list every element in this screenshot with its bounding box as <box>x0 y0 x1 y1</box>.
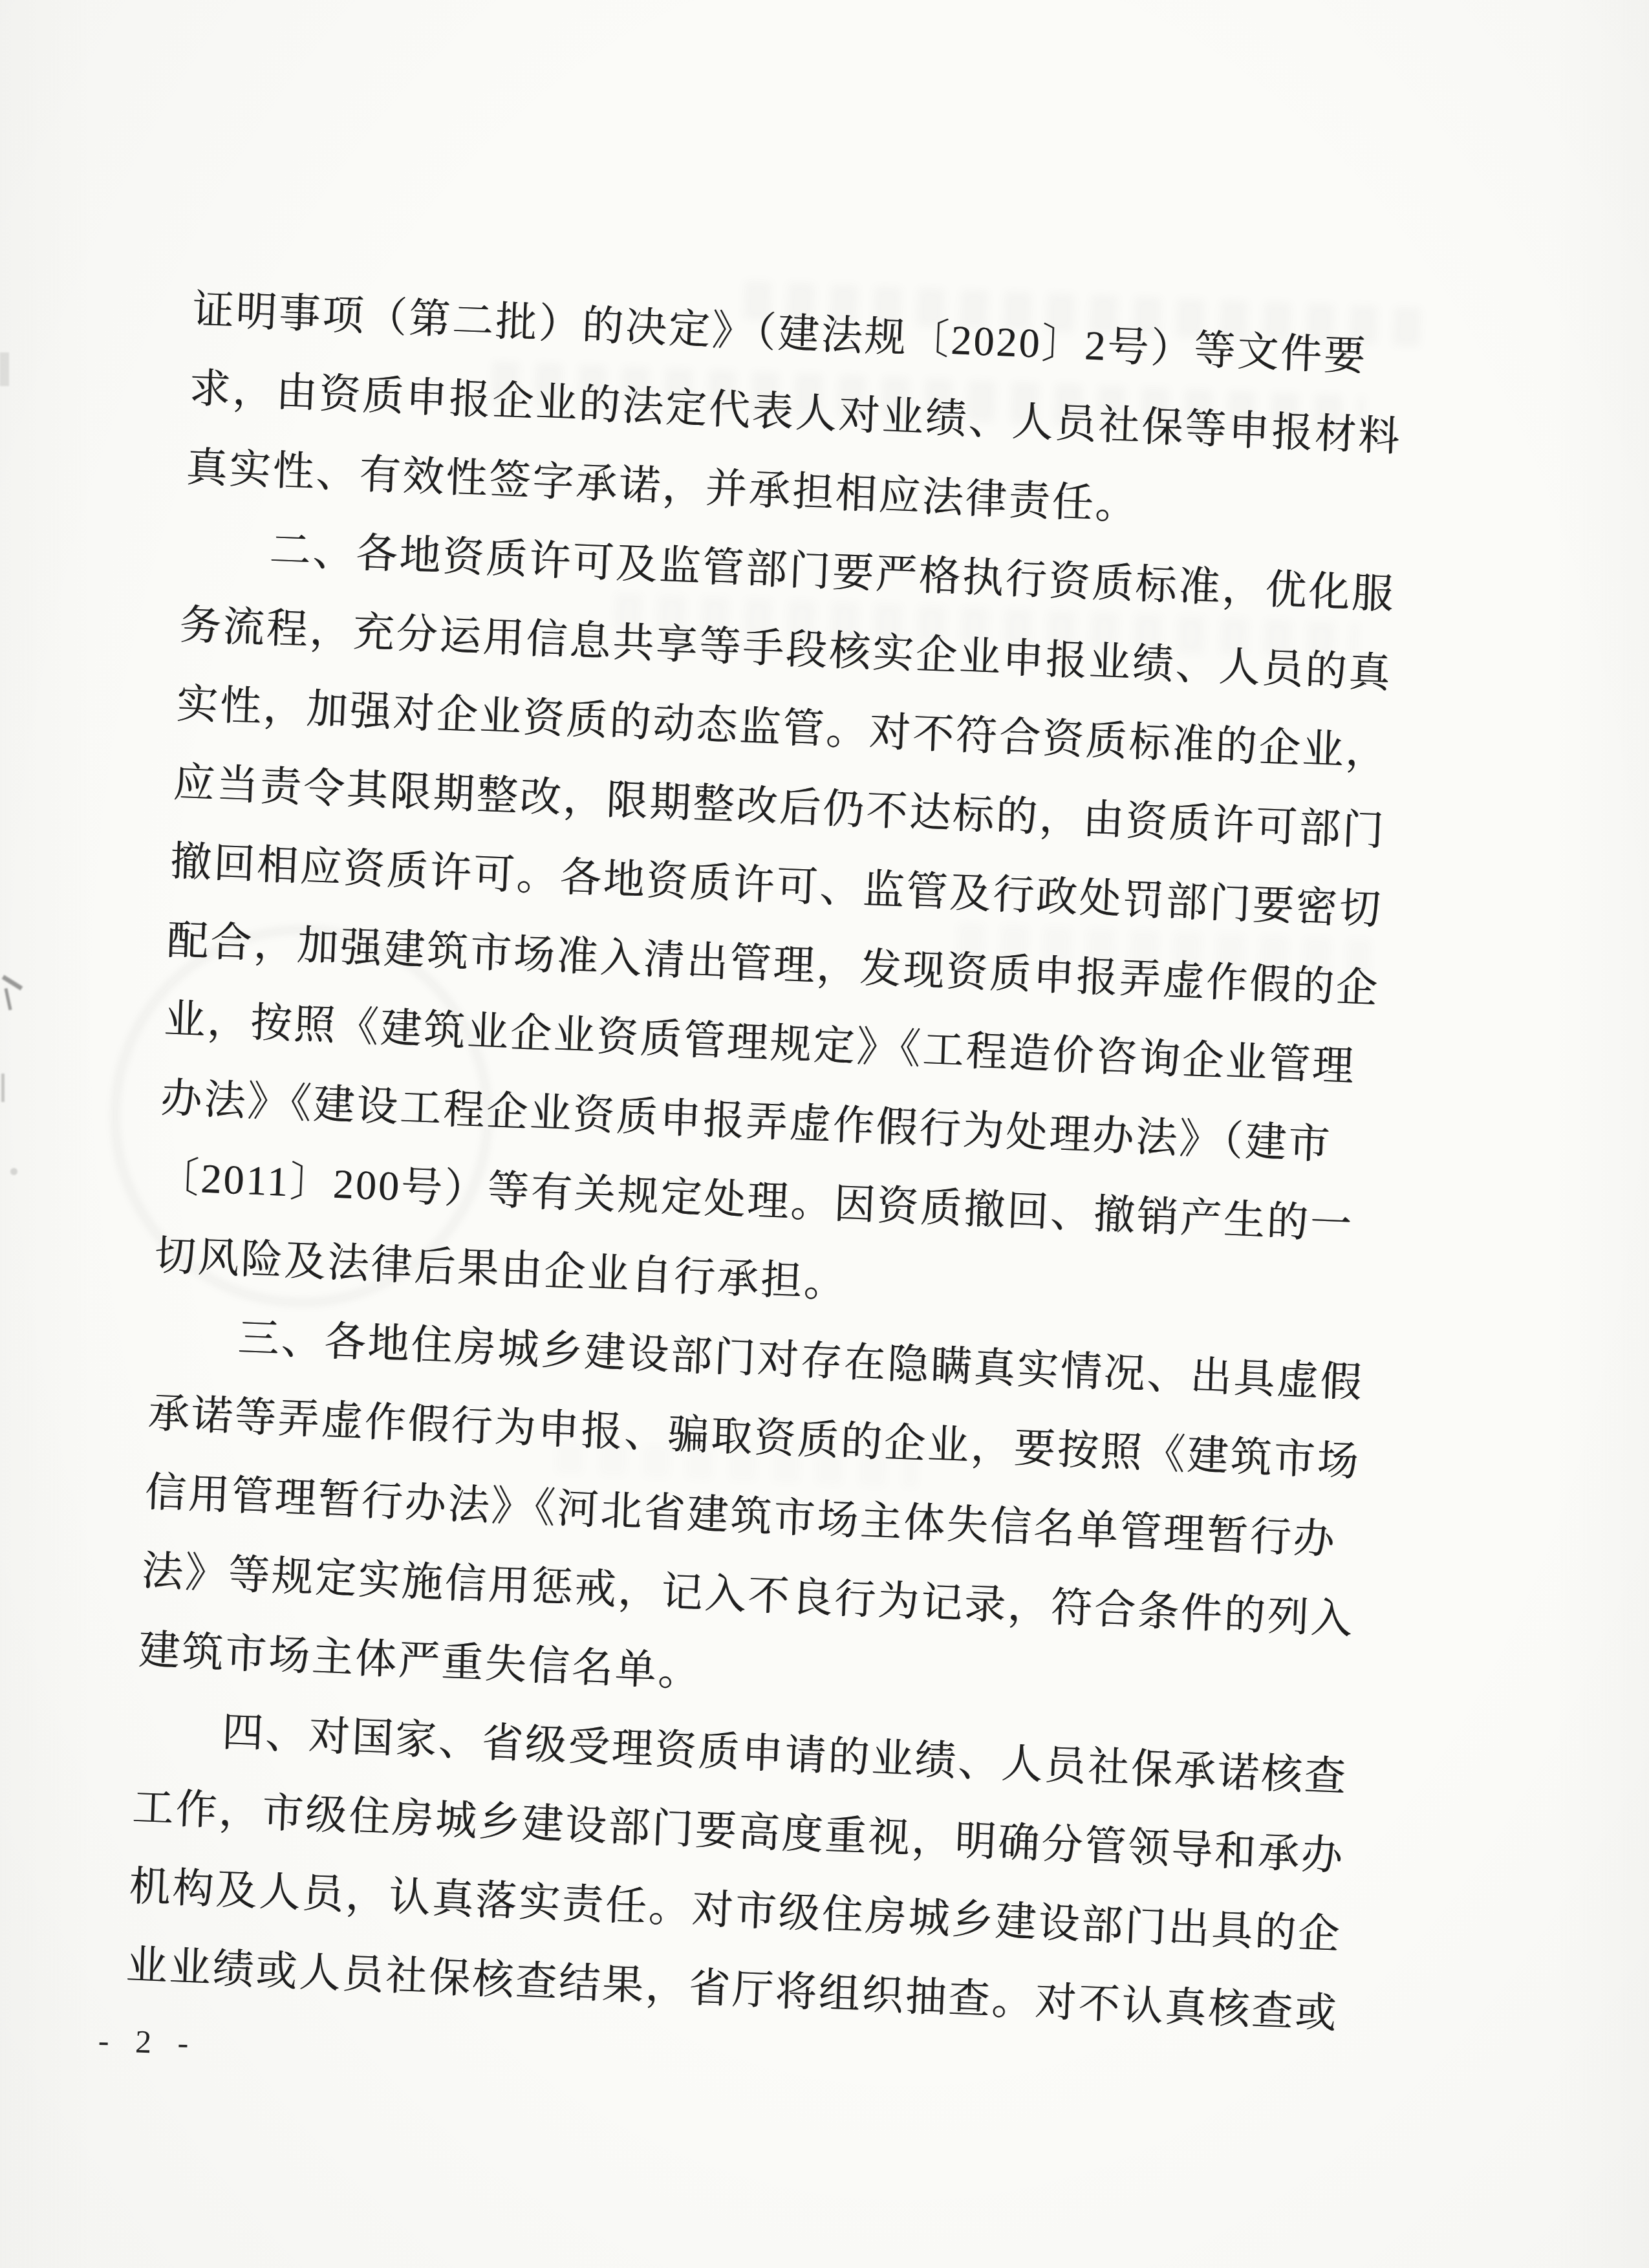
scan-artifact <box>5 988 12 1010</box>
scan-artifact <box>2 975 23 991</box>
document-body: 证明事项（第二批）的决定》（建法规〔2020〕2号）等文件要 求，由资质申报企业… <box>124 270 1421 2054</box>
scan-artifact <box>1 1074 5 1102</box>
scanned-document-page: 证明事项（第二批）的决定》（建法规〔2020〕2号）等文件要 求，由资质申报企业… <box>0 0 1649 2268</box>
scan-artifact <box>10 1168 17 1175</box>
scan-artifact <box>0 352 9 386</box>
page-number: - 2 - <box>98 2022 198 2062</box>
